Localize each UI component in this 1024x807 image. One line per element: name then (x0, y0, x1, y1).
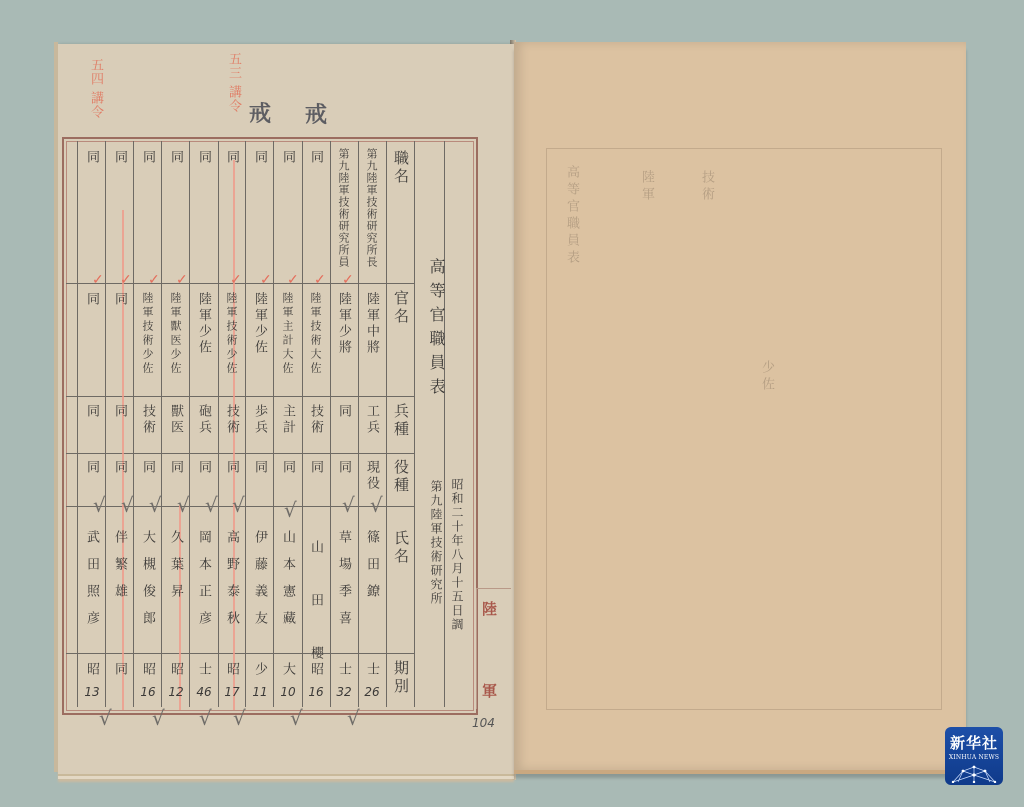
cell-kan: 同 (85, 292, 98, 308)
row-line (66, 396, 414, 397)
red-check-icon: ✓ (92, 273, 104, 287)
cell-kan: 陸軍技術少佐 (142, 292, 153, 376)
cell-kan: 同 (113, 292, 126, 308)
header-heishu: 兵種 (393, 403, 408, 439)
col-line (302, 141, 303, 707)
col-line (414, 141, 415, 707)
cell-heishu: 歩兵 (253, 404, 266, 436)
cell-kibetsu-num: 11 (246, 685, 274, 699)
cell-kan: 陸軍獸医少佐 (170, 292, 181, 376)
cell-shimei: 伴繁雄 (113, 530, 126, 611)
header-shoku-mei: 職名 (393, 150, 408, 186)
pencil-tick-icon: √ (121, 495, 134, 515)
red-check-icon: ✓ (260, 273, 272, 287)
network-globe-icon (949, 763, 999, 783)
cell-kan: 陸軍主計大佐 (282, 292, 293, 376)
pencil-tick-icon: √ (290, 708, 303, 728)
cell-heishu: 同 (337, 404, 350, 420)
cell-shimei: 草場季喜 (337, 530, 350, 638)
table-frame (62, 137, 478, 715)
cell-ekishu: 同 (253, 460, 266, 476)
cell-kibetsu-prefix: 同 (113, 662, 126, 678)
bleed-through-text: 高等官職員表 (565, 165, 578, 267)
cell-kibetsu-num: 10 (274, 685, 302, 699)
red-annotation-2: 五三 講令 (227, 52, 240, 113)
cell-heishu: 砲兵 (197, 404, 210, 436)
cell-heishu: 技術 (225, 404, 238, 436)
cell-ekishu: 同 (85, 460, 98, 476)
cell-shimei: 山本憲藏 (281, 530, 294, 638)
header-kibetsu: 期別 (393, 660, 408, 696)
cell-heishu: 同 (113, 404, 126, 420)
cell-shoku: 同 (141, 150, 154, 166)
cell-kibetsu-prefix: 大 (281, 662, 294, 678)
side-tab-char-1: 陸 (482, 598, 497, 619)
cell-ekishu: 同 (225, 460, 238, 476)
cell-ekishu: 同 (197, 460, 210, 476)
red-check-icon: ✓ (314, 273, 326, 287)
col-line (330, 141, 331, 707)
pencil-tick-icon: √ (370, 495, 383, 515)
cell-kibetsu-prefix: 少 (253, 662, 266, 678)
cell-ekishu: 同 (169, 460, 182, 476)
xinhua-logo: 新华社 XINHUA NEWS (945, 727, 1003, 785)
bleed-through-frame (546, 148, 942, 710)
pencil-tick-icon: √ (284, 500, 297, 520)
cell-shimei: 篠田鐐 (365, 530, 378, 611)
col-line (161, 141, 162, 707)
cell-kibetsu-num: 32 (330, 685, 358, 699)
red-annotation-1: 五四 講令 (89, 58, 102, 119)
cell-kibetsu-prefix: 士 (197, 662, 210, 678)
pencil-tick-icon: √ (347, 708, 360, 728)
cell-ekishu: 同 (337, 460, 350, 476)
row-line (66, 453, 414, 454)
cell-kibetsu-num: 13 (78, 685, 106, 699)
logo-brand-cn: 新华社 (945, 732, 1003, 753)
header-shimei: 氏名 (393, 530, 408, 566)
cell-shimei: 武田照彦 (85, 530, 98, 638)
cell-kibetsu-num: 46 (190, 685, 218, 699)
cell-ekishu: 同 (309, 460, 322, 476)
pencil-tick-icon: √ (342, 495, 355, 515)
cell-shimei: 高野泰秋 (225, 530, 238, 638)
cell-kibetsu-num: 17 (218, 685, 246, 699)
cell-ekishu: 同 (113, 460, 126, 476)
cell-shoku: 同 (225, 150, 238, 166)
cell-shimei: 久葉昇 (169, 530, 182, 611)
col-line (358, 141, 359, 707)
cell-heishu: 工兵 (365, 404, 378, 436)
pencil-tick-icon: √ (149, 495, 162, 515)
cell-kan: 陸軍技術少佐 (226, 292, 237, 376)
cell-kibetsu-prefix: 昭 (141, 662, 154, 678)
cell-shoku: 同 (253, 150, 266, 166)
cell-heishu: 獸医 (169, 404, 182, 436)
red-check-icon: ✓ (230, 273, 242, 287)
side-tab-char-2: 軍 (482, 680, 497, 701)
cell-ekishu: 同 (141, 460, 154, 476)
cell-kibetsu-num: 26 (358, 685, 386, 699)
col-line (444, 141, 445, 707)
pencil-tick-icon: √ (99, 708, 112, 728)
cell-kibetsu-prefix: 昭 (225, 662, 238, 678)
col-line (133, 141, 134, 707)
cell-kan: 陸軍中將 (365, 292, 378, 356)
cell-kibetsu-prefix: 昭 (169, 662, 182, 678)
pencil-tick-icon: √ (177, 495, 190, 515)
cell-shoku: 同 (281, 150, 294, 166)
cell-kibetsu-prefix: 昭 (85, 662, 98, 678)
cell-shoku: 第九陸軍技術研究所員 (338, 148, 349, 268)
pencil-tick-icon: √ (93, 495, 106, 515)
cell-kan: 陸軍少佐 (253, 292, 266, 356)
bleed-through-text: 陸軍 (640, 170, 653, 204)
logo-brand-en: XINHUA NEWS (945, 754, 1003, 761)
cell-kan: 陸軍技術大佐 (310, 292, 321, 376)
cell-shoku: 同 (85, 150, 98, 166)
pencil-mark-1: 戒 (249, 103, 271, 125)
col-line (245, 141, 246, 707)
col-line (105, 141, 106, 707)
cell-kibetsu-num: 16 (134, 685, 162, 699)
cell-shimei: 岡本正彦 (197, 530, 210, 638)
pencil-tick-icon: √ (152, 708, 165, 728)
cell-kibetsu-prefix: 昭 (309, 662, 322, 678)
cell-kibetsu-num: 12 (162, 685, 190, 699)
col-line (273, 141, 274, 707)
red-check-icon: ✓ (287, 273, 299, 287)
cell-shoku: 同 (309, 150, 322, 166)
cell-ekishu: 現役 (365, 460, 378, 492)
bleed-through-text: 技術 (700, 170, 713, 204)
cell-heishu: 同 (85, 404, 98, 420)
cell-kibetsu-prefix: 士 (365, 662, 378, 678)
document-date: 昭和二十年八月十五日調 (451, 478, 463, 632)
pencil-tick-icon: √ (199, 708, 212, 728)
bleed-through-text: 少佐 (760, 360, 773, 394)
cell-heishu: 技術 (309, 404, 322, 436)
cell-shimei: 伊藤義友 (253, 530, 266, 638)
pencil-tick-icon: √ (205, 495, 218, 515)
pencil-mark-2: 戒 (305, 104, 327, 126)
col-line (218, 141, 219, 707)
cell-shoku: 同 (113, 150, 126, 166)
cell-shoku: 同 (169, 150, 182, 166)
red-check-icon: ✓ (342, 273, 354, 287)
header-kan-mei: 官名 (393, 290, 408, 326)
cell-shimei: 大槻俊郎 (141, 530, 154, 638)
pencil-tick-icon: √ (233, 708, 246, 728)
header-ekishu: 役種 (393, 459, 408, 495)
row-line (66, 653, 414, 654)
pencil-tick-icon: √ (232, 495, 245, 515)
cell-shoku: 同 (197, 150, 210, 166)
red-check-icon: ✓ (120, 273, 132, 287)
cell-kan: 陸軍少佐 (197, 292, 210, 356)
red-check-icon: ✓ (148, 273, 160, 287)
cell-ekishu: 同 (281, 460, 294, 476)
cell-heishu: 主計 (281, 404, 294, 436)
red-check-icon: ✓ (176, 273, 188, 287)
cell-shoku: 第九陸軍技術研究所長 (366, 148, 377, 268)
cell-heishu: 技術 (141, 404, 154, 436)
col-line (77, 141, 78, 707)
cell-kibetsu-num: 16 (302, 685, 330, 699)
cell-kibetsu-prefix: 士 (337, 662, 350, 678)
page-number: 104 (472, 716, 495, 730)
document-title: 高等官職員表 (428, 258, 444, 402)
col-line (386, 141, 387, 707)
document-issuer: 第九陸軍技術研究所 (430, 480, 442, 606)
col-line (189, 141, 190, 707)
cell-kan: 陸軍少將 (337, 292, 350, 356)
